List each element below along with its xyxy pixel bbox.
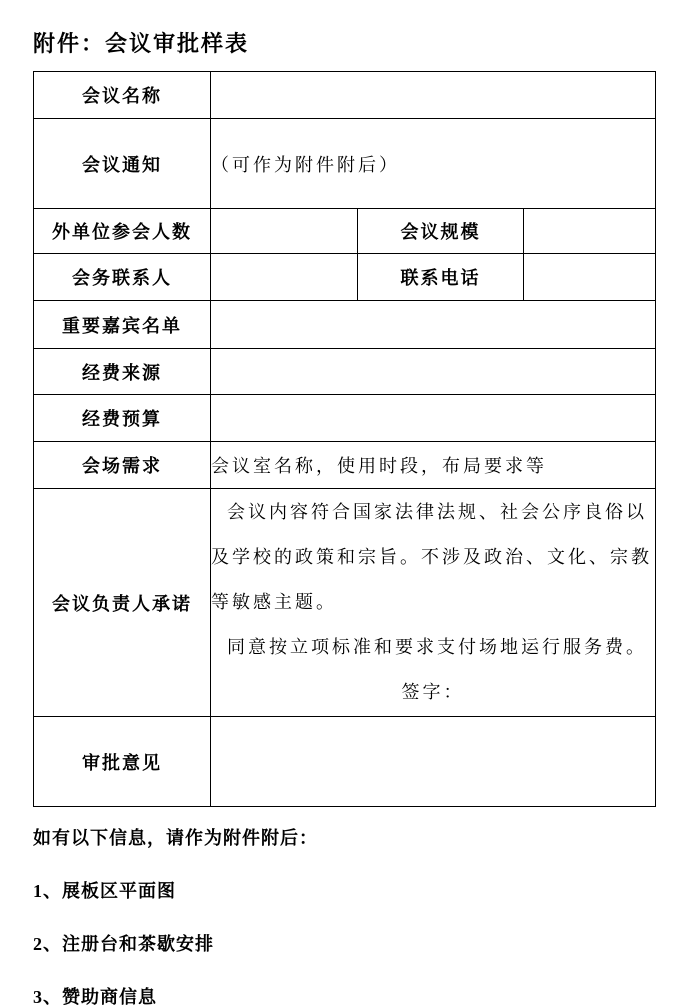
row-funding-source: 经费来源: [34, 349, 656, 395]
meeting-name-input-cell: [211, 72, 656, 119]
row-budget: 经费预算: [34, 395, 656, 442]
document-page: 附件：会议审批样表 会议名称 会议通知 （可作为附件附后） 外单位参会人数 会议…: [0, 0, 687, 1007]
meeting-scale-label: 会议规模: [358, 209, 524, 254]
row-venue-requirements: 会场需求 会议室名称，使用时段，布局要求等: [34, 442, 656, 489]
venue-requirements-label: 会场需求: [34, 442, 211, 489]
attachment-item-1: 1、展板区平面图: [33, 877, 655, 903]
commitment-line: 及学校的政策和宗旨。不涉及政治、文化、宗教: [211, 535, 655, 580]
signature-label: 签字：: [211, 670, 655, 715]
contact-person-label: 会务联系人: [34, 254, 211, 301]
attachment-note: 如有以下信息，请作为附件附后：: [33, 824, 655, 850]
row-meeting-name: 会议名称: [34, 72, 656, 119]
commitment-line: 等敏感主题。: [211, 580, 655, 625]
approval-opinion-input-cell: [211, 717, 656, 807]
budget-label: 经费预算: [34, 395, 211, 442]
row-meeting-notice: 会议通知 （可作为附件附后）: [34, 119, 656, 209]
venue-requirements-value: 会议室名称，使用时段，布局要求等: [211, 442, 656, 489]
funding-source-input-cell: [211, 349, 656, 395]
vip-guest-list-input-cell: [211, 301, 656, 349]
meeting-notice-label: 会议通知: [34, 119, 211, 209]
meeting-name-label: 会议名称: [34, 72, 211, 119]
commitment-label: 会议负责人承诺: [34, 489, 211, 717]
vip-guest-list-label: 重要嘉宾名单: [34, 301, 211, 349]
row-commitment: 会议负责人承诺 会议内容符合国家法律法规、社会公序良俗以 及学校的政策和宗旨。不…: [34, 489, 656, 717]
approval-form-table: 会议名称 会议通知 （可作为附件附后） 外单位参会人数 会议规模 会务联系人 联…: [33, 71, 656, 807]
row-contact: 会务联系人 联系电话: [34, 254, 656, 301]
budget-input-cell: [211, 395, 656, 442]
row-attendees-scale: 外单位参会人数 会议规模: [34, 209, 656, 254]
contact-phone-label: 联系电话: [358, 254, 524, 301]
meeting-notice-value: （可作为附件附后）: [211, 119, 656, 209]
approval-opinion-label: 审批意见: [34, 717, 211, 807]
commitment-text: 会议内容符合国家法律法规、社会公序良俗以 及学校的政策和宗旨。不涉及政治、文化、…: [211, 489, 656, 717]
commitment-line: 同意按立项标准和要求支付场地运行服务费。: [211, 625, 655, 670]
attachment-item-2: 2、注册台和茶歇安排: [33, 930, 655, 956]
page-title: 附件：会议审批样表: [33, 31, 655, 57]
row-approval-opinion: 审批意见: [34, 717, 656, 807]
attachment-item-3: 3、赞助商信息: [33, 983, 655, 1007]
contact-phone-input-cell: [524, 254, 656, 301]
external-attendees-input-cell: [211, 209, 358, 254]
contact-person-input-cell: [211, 254, 358, 301]
external-attendees-label: 外单位参会人数: [34, 209, 211, 254]
row-vip-guest-list: 重要嘉宾名单: [34, 301, 656, 349]
funding-source-label: 经费来源: [34, 349, 211, 395]
meeting-scale-input-cell: [524, 209, 656, 254]
commitment-line: 会议内容符合国家法律法规、社会公序良俗以: [211, 490, 655, 535]
